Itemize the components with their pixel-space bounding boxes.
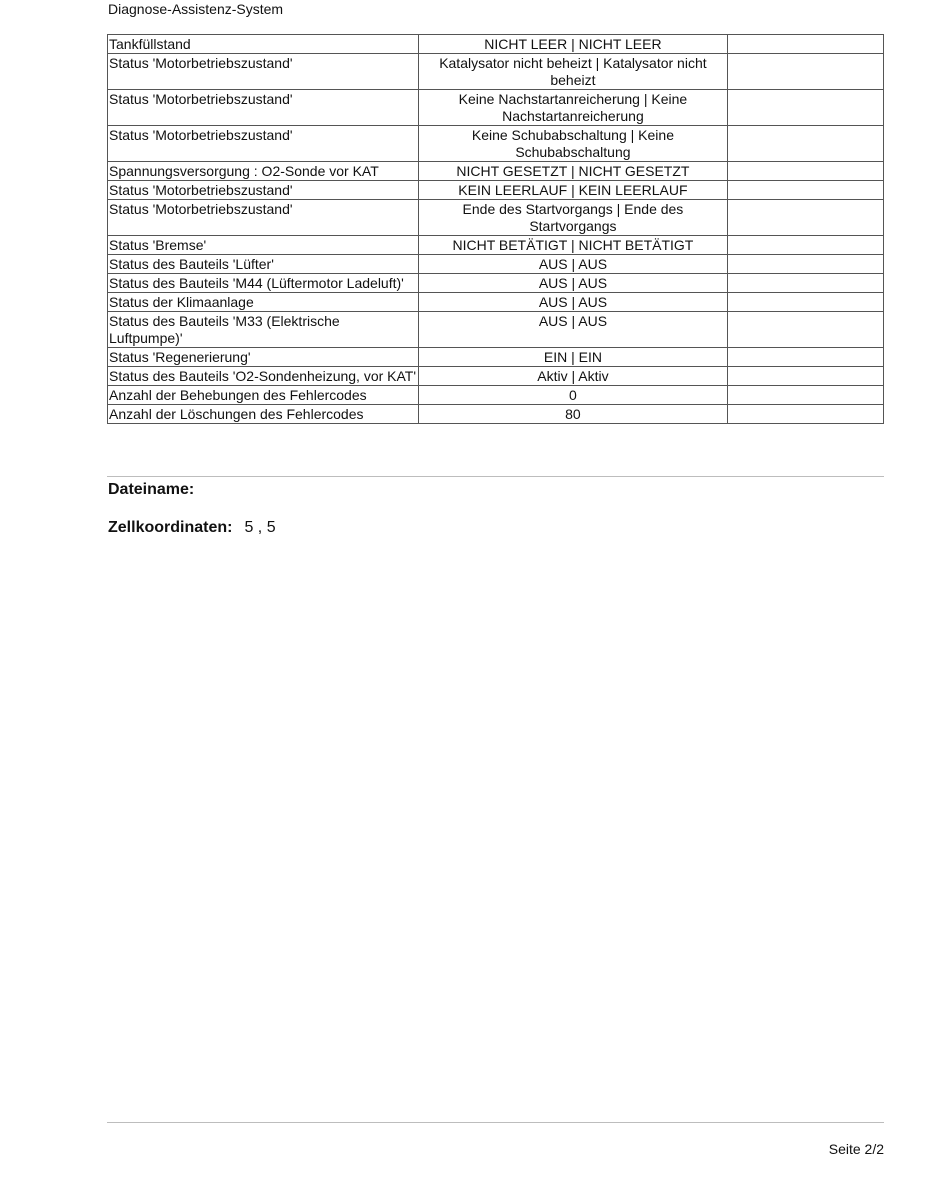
parameter-value-cell: AUS | AUS [418, 255, 728, 274]
parameter-extra-cell [728, 348, 884, 367]
parameter-extra-cell [728, 90, 884, 126]
parameter-extra-cell [728, 181, 884, 200]
page-number: Seite 2/2 [829, 1140, 884, 1158]
table-row: Status 'Motorbetriebszustand'Ende des St… [108, 200, 884, 236]
parameter-value-cell: Keine Schubabschaltung | Keine Schubabsc… [418, 126, 728, 162]
cell-coordinates-value: 5 , 5 [244, 519, 275, 536]
table-row: Status 'Motorbetriebszustand'Katalysator… [108, 54, 884, 90]
parameter-extra-cell [728, 126, 884, 162]
parameter-value-cell: Katalysator nicht beheizt | Katalysator … [418, 54, 728, 90]
table-row: Spannungsversorgung : O2-Sonde vor KATNI… [108, 162, 884, 181]
parameter-value-cell: Aktiv | Aktiv [418, 367, 728, 386]
parameter-value-cell: Keine Nachstartanreicherung | Keine Nach… [418, 90, 728, 126]
table-row: Status 'Motorbetriebszustand'KEIN LEERLA… [108, 181, 884, 200]
table-row: Status des Bauteils 'O2-Sondenheizung, v… [108, 367, 884, 386]
parameter-name-cell: Status 'Motorbetriebszustand' [108, 200, 419, 236]
parameter-extra-cell [728, 54, 884, 90]
cell-coordinates-field: Zellkoordinaten:5 , 5 [108, 518, 276, 538]
parameter-value-cell: NICHT LEER | NICHT LEER [418, 35, 728, 54]
parameter-extra-cell [728, 405, 884, 424]
parameter-extra-cell [728, 162, 884, 181]
parameter-extra-cell [728, 293, 884, 312]
parameter-name-cell: Spannungsversorgung : O2-Sonde vor KAT [108, 162, 419, 181]
parameter-value-cell: EIN | EIN [418, 348, 728, 367]
table-row: Status des Bauteils 'M33 (Elektrische Lu… [108, 312, 884, 348]
table-row: Status 'Regenerierung'EIN | EIN [108, 348, 884, 367]
footer-divider [107, 1122, 884, 1123]
parameter-name-cell: Status 'Bremse' [108, 236, 419, 255]
table-row: Anzahl der Behebungen des Fehlercodes0 [108, 386, 884, 405]
parameter-value-cell: Ende des Startvorgangs | Ende des Startv… [418, 200, 728, 236]
parameter-extra-cell [728, 236, 884, 255]
table-row: Anzahl der Löschungen des Fehlercodes80 [108, 405, 884, 424]
parameter-extra-cell [728, 35, 884, 54]
parameter-name-cell: Status der Klimaanlage [108, 293, 419, 312]
table-row: Status 'Motorbetriebszustand'Keine Schub… [108, 126, 884, 162]
parameter-name-cell: Status des Bauteils 'M44 (Lüftermotor La… [108, 274, 419, 293]
parameter-name-cell: Status 'Motorbetriebszustand' [108, 54, 419, 90]
parameter-name-cell: Tankfüllstand [108, 35, 419, 54]
document-header-title: Diagnose-Assistenz-System [108, 0, 283, 18]
parameter-name-cell: Status 'Motorbetriebszustand' [108, 126, 419, 162]
filename-label: Dateiname: [108, 481, 194, 498]
table-body: TankfüllstandNICHT LEER | NICHT LEERStat… [108, 35, 884, 424]
parameter-name-cell: Anzahl der Löschungen des Fehlercodes [108, 405, 419, 424]
parameter-name-cell: Status des Bauteils 'M33 (Elektrische Lu… [108, 312, 419, 348]
parameter-name-cell: Status 'Motorbetriebszustand' [108, 90, 419, 126]
parameter-value-cell: 80 [418, 405, 728, 424]
parameter-extra-cell [728, 200, 884, 236]
parameter-extra-cell [728, 274, 884, 293]
table-row: Status der KlimaanlageAUS | AUS [108, 293, 884, 312]
parameter-value-cell: KEIN LEERLAUF | KEIN LEERLAUF [418, 181, 728, 200]
parameter-value-cell: AUS | AUS [418, 274, 728, 293]
parameter-name-cell: Status des Bauteils 'Lüfter' [108, 255, 419, 274]
parameter-value-cell: AUS | AUS [418, 293, 728, 312]
parameter-extra-cell [728, 367, 884, 386]
diagnostic-data-table: TankfüllstandNICHT LEER | NICHT LEERStat… [107, 34, 884, 424]
parameter-extra-cell [728, 312, 884, 348]
parameter-name-cell: Status 'Motorbetriebszustand' [108, 181, 419, 200]
table-row: Status des Bauteils 'Lüfter'AUS | AUS [108, 255, 884, 274]
filename-field: Dateiname: [108, 480, 194, 500]
parameter-value-cell: NICHT BETÄTIGT | NICHT BETÄTIGT [418, 236, 728, 255]
table-row: Status 'Motorbetriebszustand'Keine Nachs… [108, 90, 884, 126]
parameter-name-cell: Anzahl der Behebungen des Fehlercodes [108, 386, 419, 405]
cell-coordinates-label: Zellkoordinaten: [108, 519, 232, 536]
parameter-extra-cell [728, 255, 884, 274]
parameter-value-cell: NICHT GESETZT | NICHT GESETZT [418, 162, 728, 181]
parameter-name-cell: Status des Bauteils 'O2-Sondenheizung, v… [108, 367, 419, 386]
table-row: Status 'Bremse'NICHT BETÄTIGT | NICHT BE… [108, 236, 884, 255]
parameter-extra-cell [728, 386, 884, 405]
table-row: TankfüllstandNICHT LEER | NICHT LEER [108, 35, 884, 54]
parameter-value-cell: AUS | AUS [418, 312, 728, 348]
parameter-value-cell: 0 [418, 386, 728, 405]
parameter-name-cell: Status 'Regenerierung' [108, 348, 419, 367]
table-row: Status des Bauteils 'M44 (Lüftermotor La… [108, 274, 884, 293]
section-divider [107, 476, 884, 477]
